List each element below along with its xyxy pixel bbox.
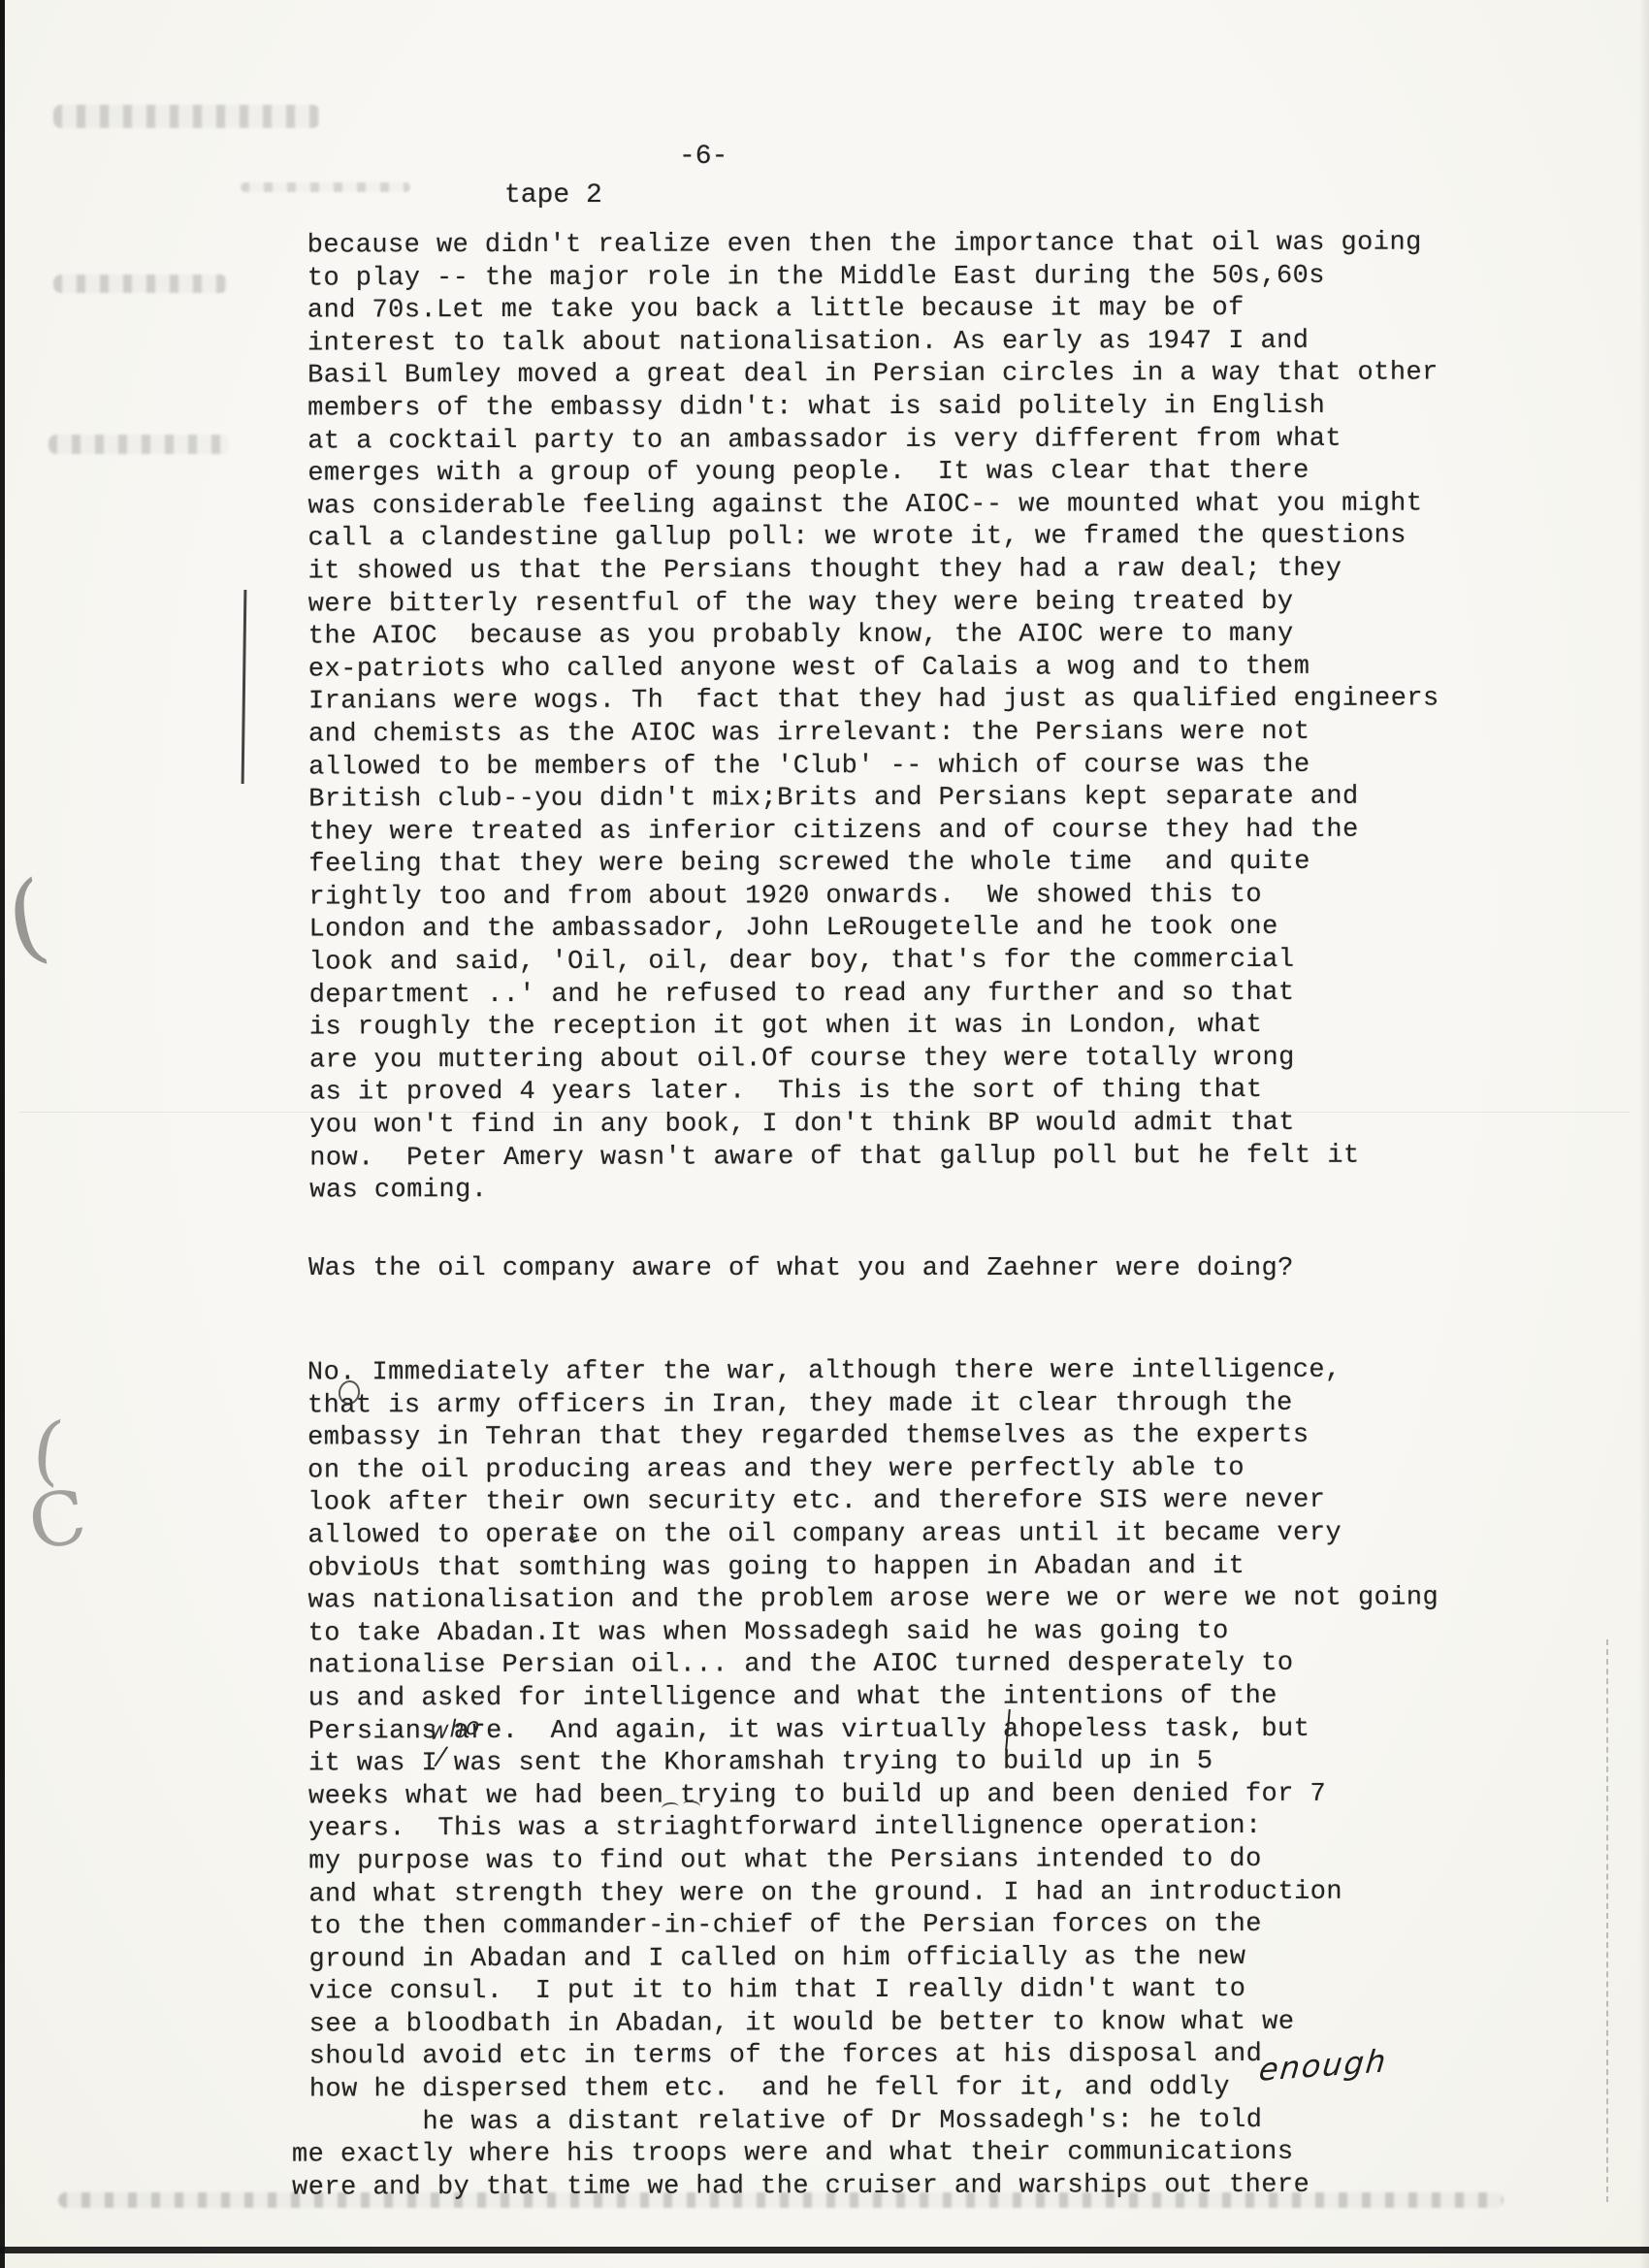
correction-mark	[661, 1801, 679, 1814]
smudge-mark	[53, 105, 320, 128]
page: -6- tape 2 because we didn't realize eve…	[0, 0, 1649, 2268]
typed-line: was coming.	[309, 1173, 1440, 1209]
smudge-mark	[241, 182, 410, 192]
typed-line: Iranians were wogs. Th fact that they ha…	[308, 684, 1439, 720]
typed-line: nationalise Persian oil... and the AIOC …	[308, 1648, 1439, 1684]
typed-line: call a clandestine gallup poll: we wrote…	[307, 521, 1439, 557]
smudge-mark	[53, 275, 228, 293]
typed-line: ex-patriots who called anyone west of Ca…	[308, 651, 1439, 687]
typed-line: London and the ambassador, John LeRouget…	[309, 912, 1440, 948]
right-edge-dashes	[1606, 1639, 1608, 2202]
typed-line: interest to talk about nationalisation. …	[307, 325, 1439, 361]
typed-line: that is army officers in Iran, they made…	[307, 1387, 1439, 1423]
typed-line: embassy in Tehran that they regarded the…	[307, 1420, 1439, 1456]
typed-line: my purpose was to find out what the Pers…	[308, 1843, 1439, 1879]
margin-pen-line	[242, 590, 247, 784]
typed-line: to take Abadan.It was when Mossadegh sai…	[308, 1615, 1439, 1651]
typed-line: me exactly where his troops were and wha…	[292, 2137, 1440, 2173]
typed-line: members of the embassy didn't: what is s…	[307, 390, 1439, 426]
typed-line: years. This was a striaghtforward intell…	[308, 1811, 1439, 1847]
typed-line: see a bloodbath in Abadan, it would be b…	[309, 2006, 1440, 2042]
margin-c-mark: C	[22, 1473, 91, 1567]
typed-line: it was I was sent the Khoramshah trying …	[308, 1746, 1439, 1782]
typed-line: is roughly the reception it got when it …	[309, 1010, 1440, 1046]
typed-line: and chemists as the AIOC was irrelevant:…	[308, 716, 1439, 752]
typed-line: it showed us that the Persians thought t…	[308, 553, 1439, 589]
typed-line: ground in Abadan and I called on him off…	[308, 1941, 1439, 1977]
typed-line: Basil Bumley moved a great deal in Persi…	[307, 358, 1439, 394]
right-edge-shadow	[1639, 0, 1649, 2268]
typed-line: vice consul. I put it to him that I real…	[309, 1974, 1440, 2010]
smudge-mark	[48, 435, 229, 454]
typed-line: feeling that they were being screwed the…	[308, 847, 1439, 883]
typed-line: you won't find in any book, I don't thin…	[309, 1108, 1440, 1144]
typed-line: rightly too and from about 1920 onwards.…	[308, 879, 1439, 915]
typed-line: look after their own security etc. and t…	[307, 1485, 1439, 1521]
typed-line: at a cocktail party to an ambassador is …	[307, 423, 1439, 459]
typed-line: allowed to operate on the oil company ar…	[307, 1517, 1439, 1553]
typed-line: emerges with a group of young people. It…	[307, 456, 1439, 492]
tape-label: tape 2	[504, 180, 602, 211]
typed-line: allowed to be members of the 'Club' -- w…	[308, 749, 1439, 785]
left-edge-scan-artifact	[0, 0, 5, 2268]
typed-line: they were treated as inferior citizens a…	[308, 814, 1439, 850]
typed-line: he was a distant relative of Dr Mossadeg…	[309, 2104, 1440, 2140]
paragraph-1: because we didn't realize even then the …	[307, 227, 1440, 1208]
typed-line: us and asked for intelligence and what t…	[308, 1680, 1439, 1716]
page-number: -6-	[679, 142, 727, 172]
bottom-edge-scan-artifact	[0, 2247, 1649, 2253]
typed-line: was considerable feeling against the AIO…	[307, 488, 1439, 524]
typed-line: as it proved 4 years later. This is the …	[309, 1075, 1440, 1111]
typed-line: obvioUs that somthing was going to happe…	[307, 1550, 1439, 1586]
interview-question: Was the oil company aware of what you an…	[308, 1253, 1294, 1286]
typed-line: because we didn't realize even then the …	[307, 227, 1439, 263]
typed-line: department ..' and he refused to read an…	[309, 977, 1440, 1013]
typed-line: were and by that time we had the cruiser…	[292, 2169, 1440, 2205]
typed-line: to play -- the major role in the Middle …	[307, 260, 1439, 296]
typed-line: was nationalisation and the problem aros…	[307, 1583, 1439, 1619]
typed-line: were bitterly resentful of the way they …	[308, 586, 1439, 622]
margin-paren-mark: (	[0, 859, 55, 978]
typed-line: British club--you didn't mix;Brits and P…	[308, 782, 1439, 818]
typed-line: weeks what we had been trying to build u…	[308, 1778, 1439, 1814]
typed-line: the AIOC because as you probably know, t…	[308, 619, 1439, 655]
typed-line: now. Peter Amery wasn't aware of that ga…	[309, 1140, 1440, 1176]
typed-line: to the then commander-in-chief of the Pe…	[308, 1909, 1439, 1945]
typed-line: and 70s.Let me take you back a little be…	[307, 293, 1439, 329]
typed-line: are you muttering about oil.Of course th…	[309, 1042, 1440, 1078]
typed-line: No. Immediately after the war, although …	[307, 1354, 1439, 1390]
typed-line: on the oil producing areas and they were…	[307, 1452, 1439, 1488]
typed-line: look and said, 'Oil, oil, dear boy, that…	[309, 945, 1440, 981]
typed-line: and what strength they were on the groun…	[308, 1876, 1439, 1912]
